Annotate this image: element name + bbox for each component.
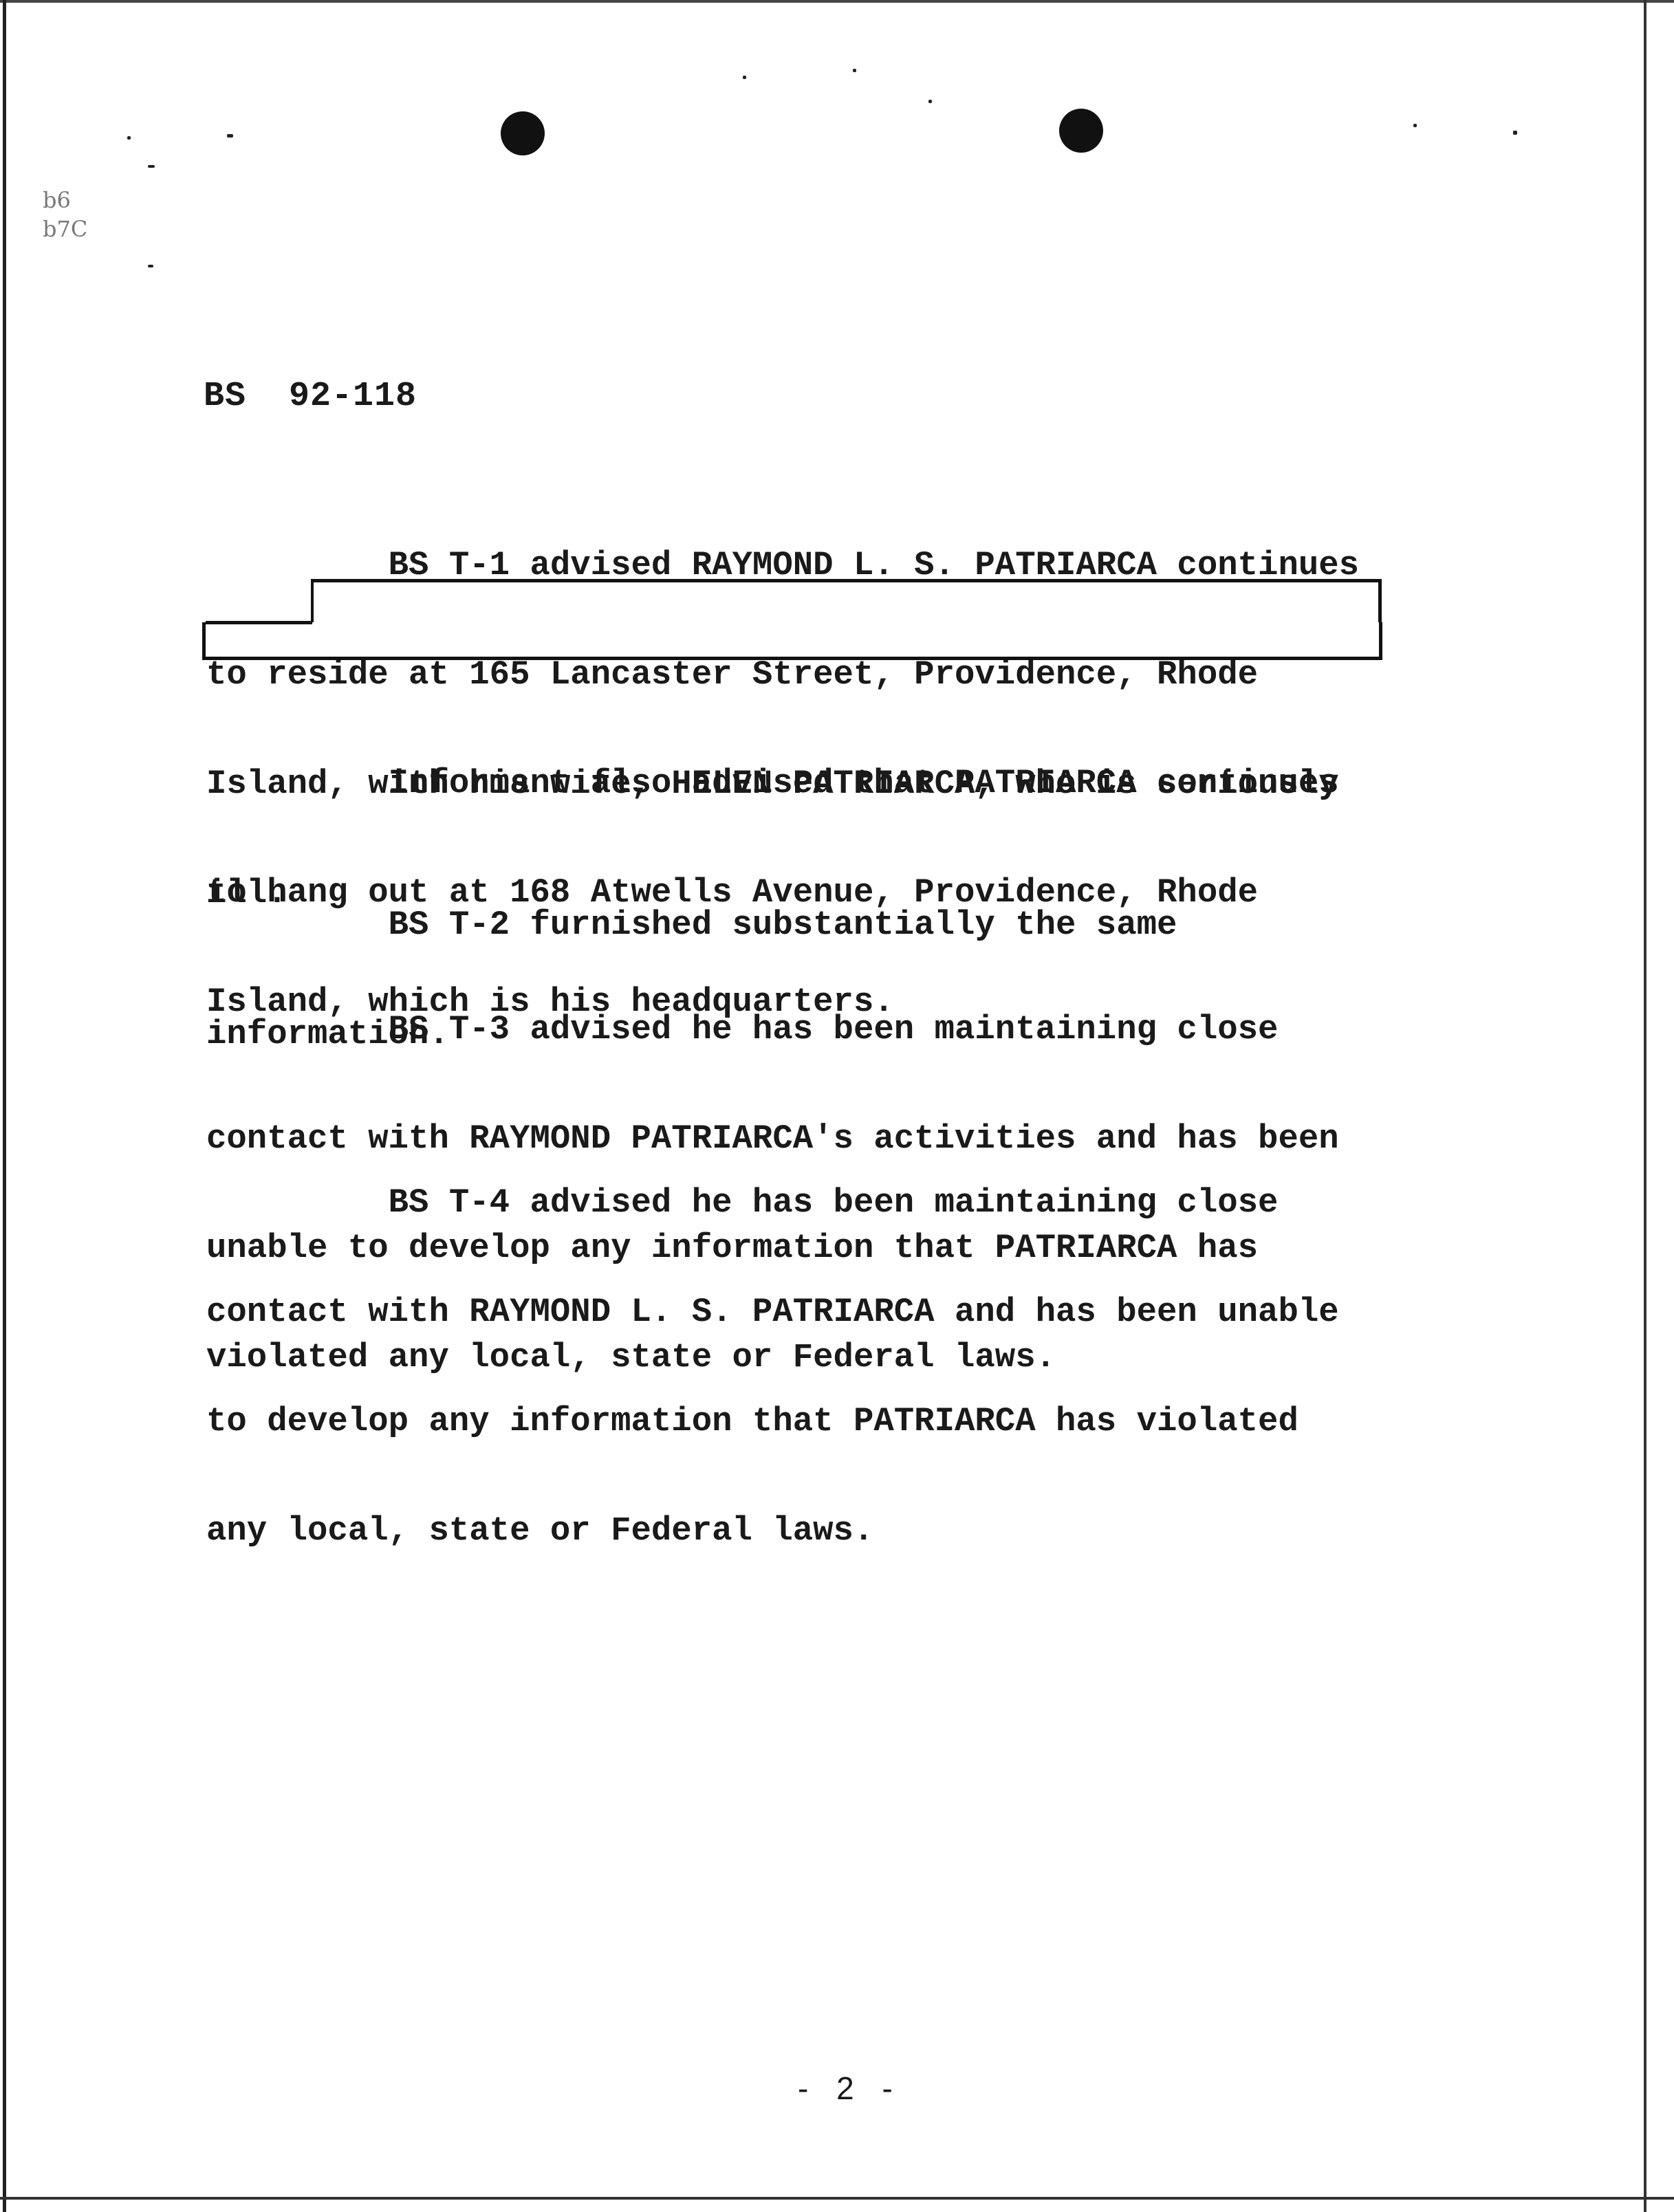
scan-speck xyxy=(148,265,153,267)
punch-hole-right xyxy=(1059,109,1103,153)
text-line: contact with RAYMOND L. S. PATRIARCA and… xyxy=(206,1294,1417,1331)
exemption-code-b6: b6 xyxy=(43,186,87,215)
scan-edge-right xyxy=(1644,0,1646,2212)
scan-speck xyxy=(1413,124,1417,127)
punch-hole-left xyxy=(501,111,545,155)
exemption-code-b7c: b7C xyxy=(43,215,87,243)
scan-speck xyxy=(127,136,131,140)
scan-speck xyxy=(227,134,233,138)
scan-speck xyxy=(148,165,155,168)
exemption-codes: b6 b7C xyxy=(43,186,87,243)
paragraph-bs-t4: BS T-4 advised he has been maintaining c… xyxy=(206,1112,1417,1622)
redaction-fill xyxy=(208,624,1372,652)
text-line: Informant also advised that PATRIARCA co… xyxy=(206,765,1417,802)
text-line: to reside at 165 Lancaster Street, Provi… xyxy=(206,657,1417,693)
scan-speck xyxy=(853,69,856,72)
text-line: to develop any information that PATRIARC… xyxy=(206,1403,1417,1440)
file-number: BS 92-118 xyxy=(204,377,417,416)
text-line: any local, state or Federal laws. xyxy=(206,1513,1417,1549)
scan-speck xyxy=(743,76,746,79)
text-line: BS T-4 advised he has been maintaining c… xyxy=(206,1185,1417,1221)
text-line: BS T-3 advised he has been maintaining c… xyxy=(206,1011,1417,1048)
scan-edge-top xyxy=(0,0,1674,3)
scan-edge-left xyxy=(3,0,6,2212)
scan-speck xyxy=(928,100,932,103)
scan-edge-bottom xyxy=(0,2197,1674,2200)
page-number: - 2 - xyxy=(798,2070,902,2107)
scan-speck xyxy=(1513,131,1517,135)
